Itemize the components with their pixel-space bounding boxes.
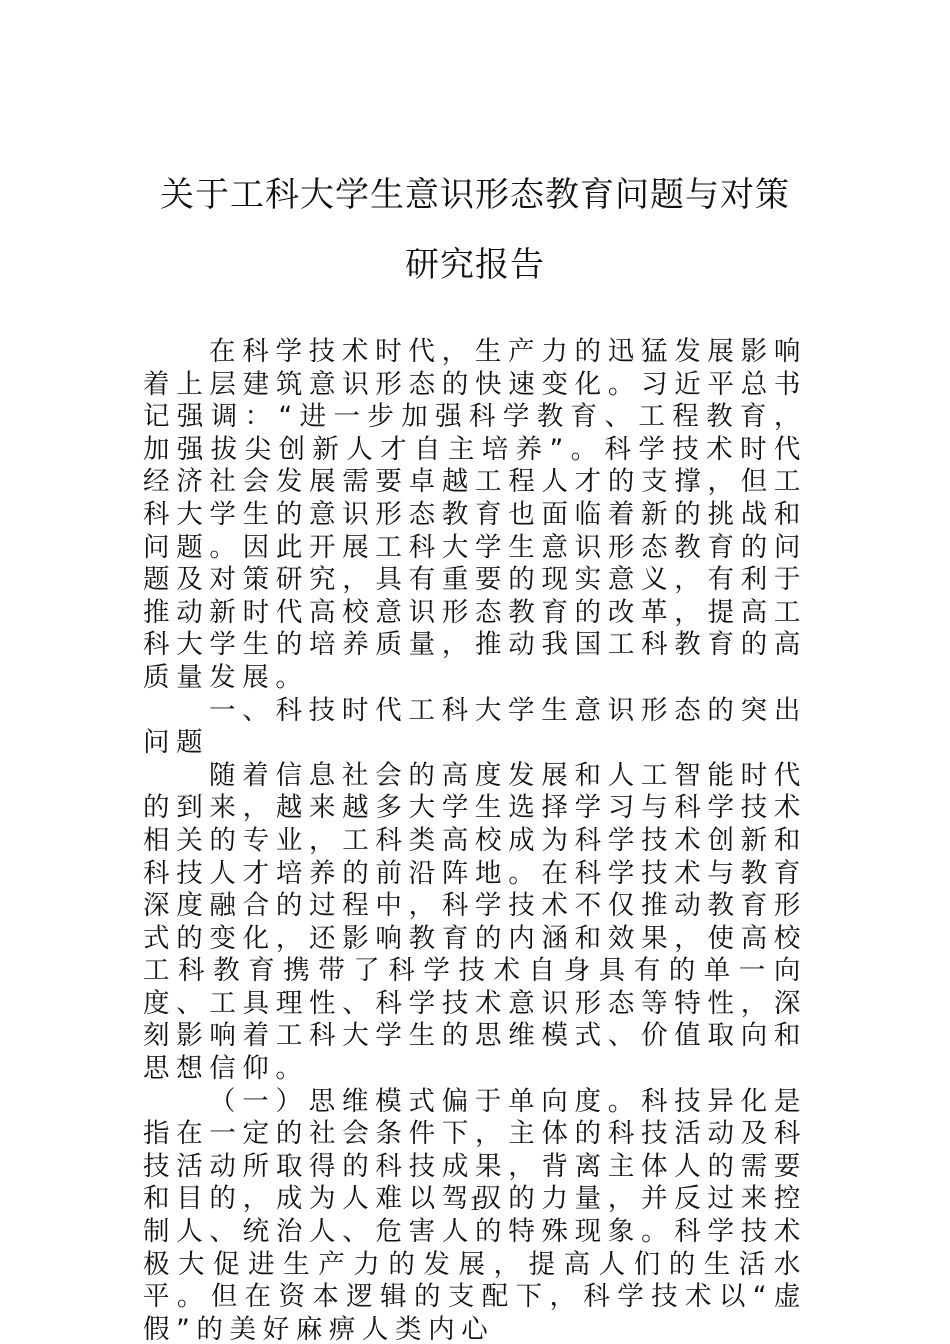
document-title-line-2: 研究报告 [0, 245, 950, 285]
page-number: 1 [0, 1190, 950, 1216]
paragraph-introduction: 在科学技术时代，生产力的迅猛发展影响着上层建筑意识形态的快速变化。习近平总书记强… [143, 336, 807, 695]
paragraph-section-1: 随着信息社会的高度发展和人工智能时代的到来，越来越多大学生选择学习与科学技术相关… [143, 760, 807, 1086]
section-heading-1: 一、科技时代工科大学生意识形态的突出问题 [143, 695, 807, 760]
document-title-line-1: 关于工科大学生意识形态教育问题与对策 [0, 175, 950, 215]
document-page: 关于工科大学生意识形态教育问题与对策 研究报告 在科学技术时代，生产力的迅猛发展… [0, 0, 950, 1344]
